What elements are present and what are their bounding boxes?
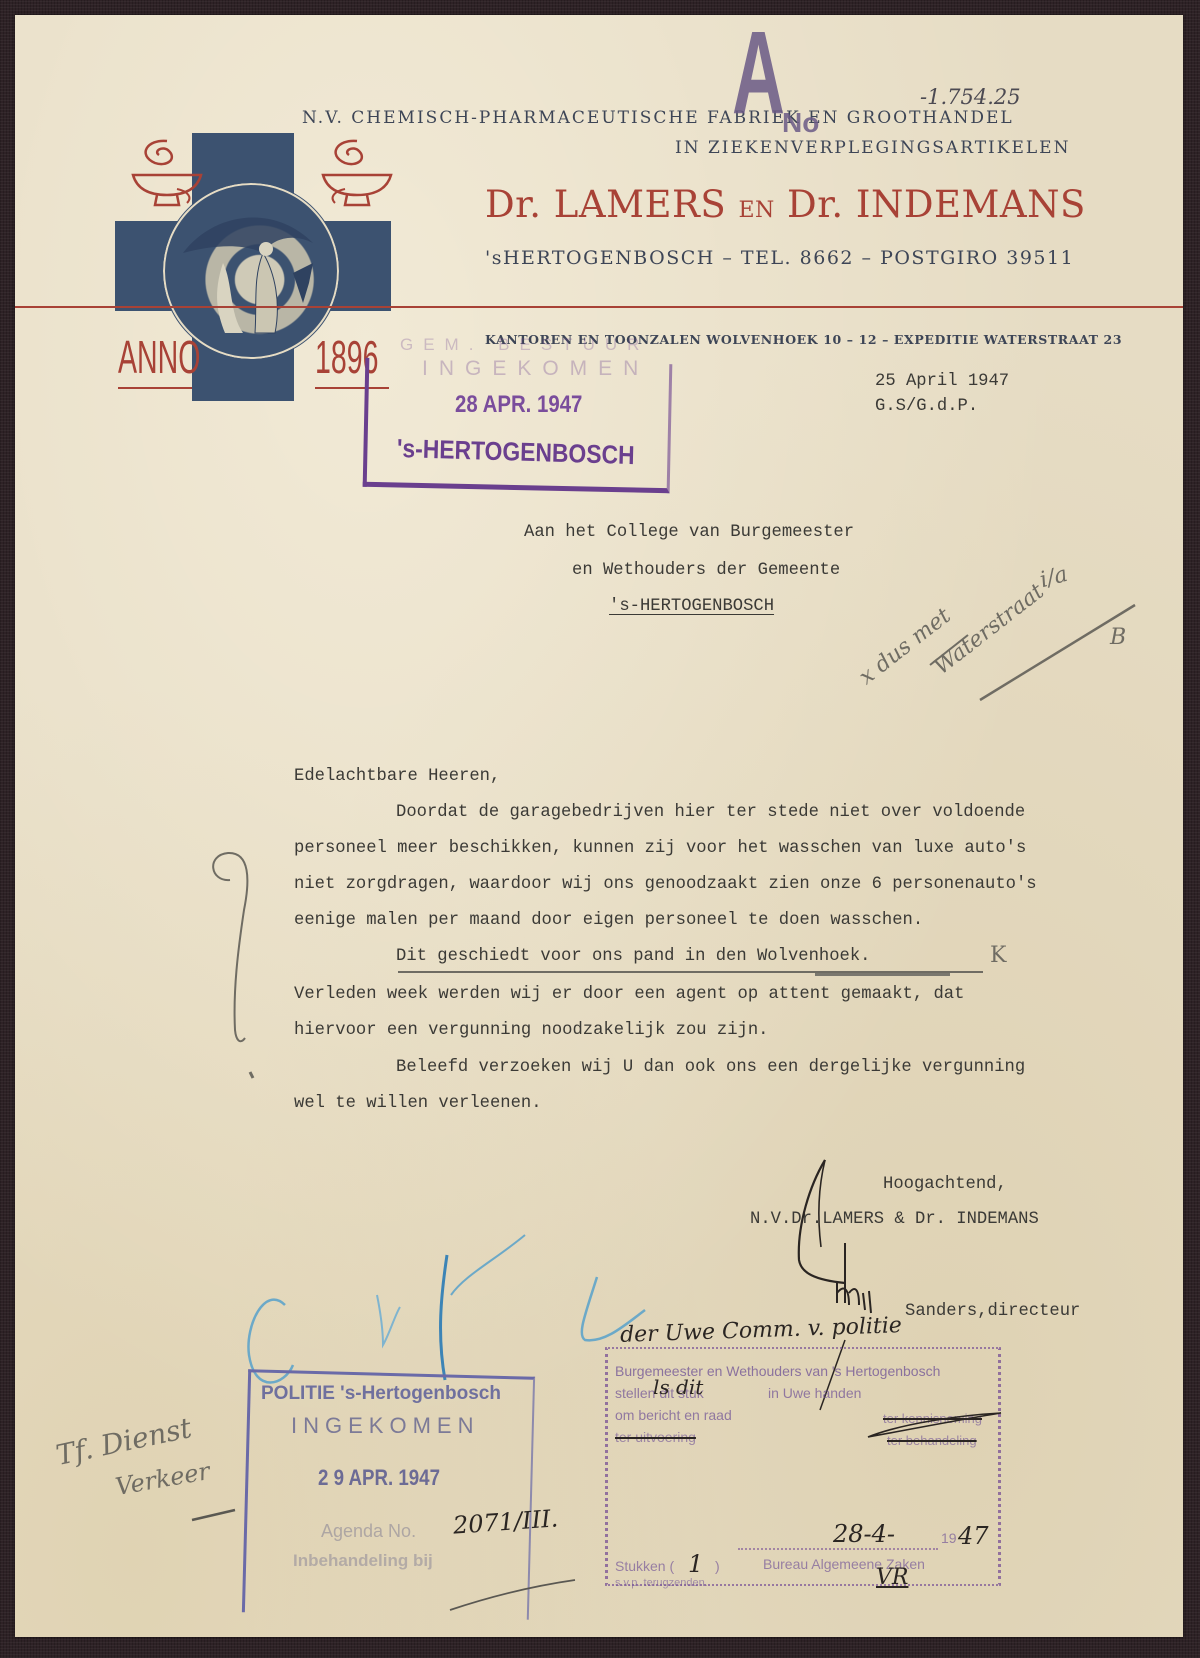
company-name-part1: Dr. LAMERS — [485, 183, 726, 226]
letter-reference: G.S/G.d.P. — [875, 397, 978, 416]
paragraph1-line1: Doordat de garagebedrijven hier ter sted… — [396, 803, 1025, 822]
paragraph2-heavy-underline — [815, 973, 950, 976]
company-contact-line: 'sHERTOGENBOSCH – TEL. 8662 – POSTGIRO 3… — [485, 247, 1074, 269]
handwritten-routing-note: der Uwe Comm. v. politie — [620, 1313, 903, 1348]
routing-stamp-handwritten-date: 28-4- — [833, 1520, 895, 1548]
letter-date: 25 April 1947 — [875, 372, 1009, 391]
municipal-received-stamp: GEM. BESTUUR INGEKOMEN 28 APR. 1947 's-H… — [352, 333, 697, 483]
paragraph4-line2: wel te willen verleenen. — [294, 1094, 542, 1113]
routing-stamp-line3: om bericht en raad — [615, 1407, 732, 1423]
company-description-line2: IN ZIEKENVERPLEGINGSARTIKELEN — [675, 138, 1070, 158]
letterhead-rule — [15, 306, 1183, 308]
paragraph4-line1: Beleefd verzoeken wij U dan ook ons een … — [396, 1058, 1025, 1077]
archive-number-handwritten: -1.754.25 — [920, 85, 1021, 109]
routing-stamp-pieces-label: Stukken ( — [615, 1558, 674, 1574]
paragraph1-line2: personeel meer beschikken, kunnen zij vo… — [294, 839, 1026, 858]
addressee-line1: Aan het College van Burgemeester — [524, 523, 854, 542]
paragraph3-line1: Verleden week werden wij er door een age… — [294, 985, 964, 1004]
logo-anno-underline — [118, 387, 192, 389]
company-name-en: EN — [738, 198, 774, 223]
addressee-line3: 's-HERTOGENBOSCH — [609, 597, 774, 616]
margin-note-strike-icon — [870, 535, 1170, 735]
left-pencil-dash-icon — [190, 1505, 250, 1525]
police-stamp-line2: INGEKOMEN — [291, 1413, 479, 1439]
paragraph3-line2: hiervoor een vergunning noodzakelijk zou… — [294, 1021, 768, 1040]
routing-stamp-line2-right: in Uwe handen — [768, 1385, 861, 1401]
police-stamp-line1: POLITIE 's-Hertogenbosch — [261, 1383, 501, 1405]
routing-stamp-pieces-close: ) — [715, 1558, 720, 1574]
paragraph1-line3: niet zorgdragen, waardoor wij ons genood… — [294, 875, 1037, 894]
routing-stamp-line4-struck: ter uitvoering — [615, 1429, 696, 1445]
received-stamp-line2: INGEKOMEN — [422, 357, 649, 381]
routing-stamp-handwritten-insert: ls dit — [653, 1375, 703, 1399]
police-stamp-agenda-number: 2071/III. — [452, 1504, 559, 1539]
received-stamp-date: 28 APR. 1947 — [455, 391, 582, 419]
letter-page: ANNO 1896 N.V. CHEMISCH-PHARMACEUTISCHE … — [15, 15, 1183, 1637]
company-name: Dr. LAMERS EN Dr. INDEMANS — [485, 183, 1086, 226]
municipal-routing-stamp: Burgemeester en Wethouders van 's Hertog… — [603, 1345, 1003, 1637]
routing-stamp-return-note: s.v.p. terugzenden. — [615, 1577, 708, 1589]
routing-stamp-date-dotline — [738, 1548, 938, 1550]
routing-stamp-pieces-count: 1 — [688, 1550, 703, 1578]
addressee-line2: en Wethouders der Gemeente — [572, 561, 840, 580]
closing-signer: Sanders,directeur — [905, 1302, 1080, 1321]
archive-stamp-no: No — [782, 107, 819, 139]
received-stamp-line1: GEM. BESTUUR — [400, 335, 649, 355]
paragraph2: Dit geschiedt voor ons pand in den Wolve… — [396, 947, 870, 966]
left-pencil-note-line2: Verkeer — [113, 1457, 212, 1501]
routing-stamp-year-digits: 47 — [958, 1522, 989, 1550]
routing-stamp-strike-loop-icon — [863, 1409, 1003, 1449]
company-description-line1: N.V. CHEMISCH-PHARMACEUTISCHE FABRIEK EN… — [302, 108, 1014, 128]
police-stamp-agenda-label: Agenda No. — [321, 1521, 416, 1542]
signature-icon — [785, 1155, 915, 1295]
logo-anno-text: ANNO — [118, 330, 200, 384]
paragraph1-line4: eenige malen per maand door eigen person… — [294, 911, 923, 930]
paragraph2-margin-mark: K — [990, 943, 1006, 968]
police-stamp-handling-label: Inbehandeling bij — [293, 1551, 433, 1571]
routing-stamp-initials: VR — [876, 1565, 908, 1590]
police-stamp-date: 2 9 APR. 1947 — [318, 1465, 440, 1491]
margin-question-mark-icon — [200, 850, 260, 1060]
archive-stamp-letter: A — [732, 15, 785, 141]
police-stamp-pencil-stroke-icon — [445, 1575, 585, 1615]
company-name-part2: Dr. INDEMANS — [787, 183, 1086, 226]
salutation: Edelachtbare Heeren, — [294, 767, 500, 786]
